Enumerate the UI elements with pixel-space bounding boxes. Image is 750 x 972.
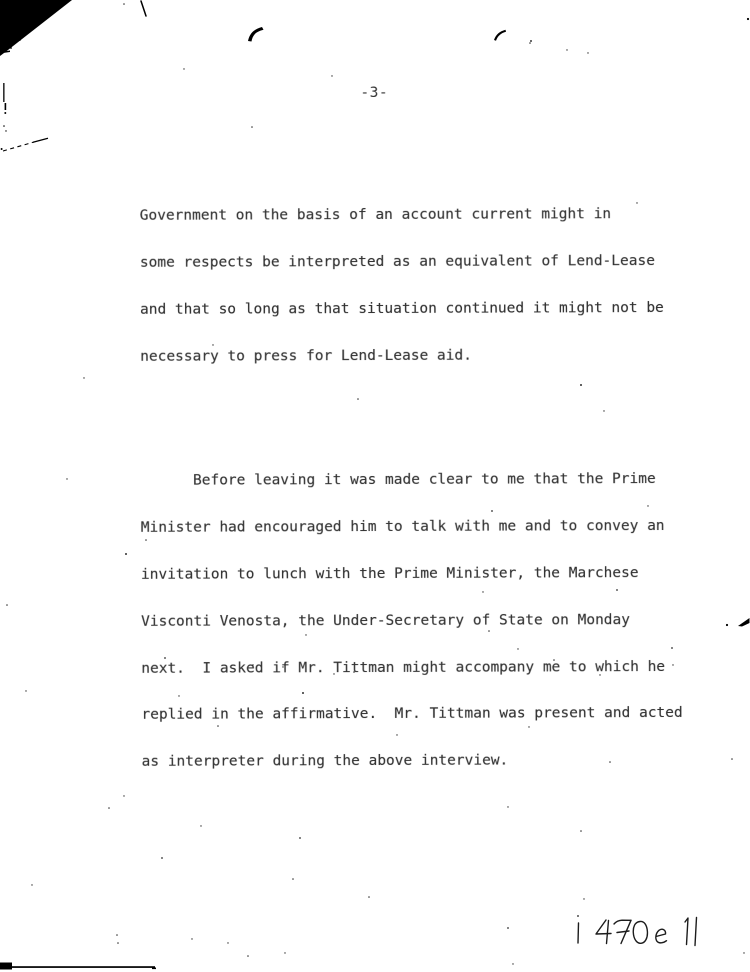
text-line: Visconti Venosta, the Under-Secretary of… [141,613,682,630]
handwritten-annotation [575,903,725,953]
handwritten-i [577,915,579,943]
paragraph-before-leaving: Before leaving it was made clear to me t… [140,441,682,802]
handwritten-11 [685,918,697,946]
document-body: -3- Government on the basis of an accoun… [0,0,750,972]
text-line: and that so long as that situation conti… [140,301,681,318]
scanned-document-page: -3- Government on the basis of an accoun… [0,0,750,972]
typewritten-text-block: Government on the basis of an account cu… [139,145,683,833]
text-line: replied in the affirmative. Mr. Tittman … [141,706,682,723]
handwritten-4 [596,920,611,944]
page-number: -3- [0,85,749,103]
text-line: Government on the basis of an account cu… [140,207,681,224]
text-line: necessary to press for Lend-Lease aid. [140,348,681,365]
text-line: next. I asked if Mr. Tittman might accom… [141,660,682,677]
handwritten-e [656,929,667,943]
handwritten-7 [614,920,631,943]
text-line: invitation to lunch with the Prime Minis… [141,566,682,583]
text-line: as interpreter during the above intervie… [142,753,683,770]
text-line: Before leaving it was made clear to me t… [141,472,682,489]
text-line: some respects be interpreted as an equiv… [140,254,681,271]
handwritten-0 [633,921,647,943]
paragraph-lend-lease: Government on the basis of an account cu… [140,176,682,396]
text-line: Minister had encouraged him to talk with… [141,519,682,536]
